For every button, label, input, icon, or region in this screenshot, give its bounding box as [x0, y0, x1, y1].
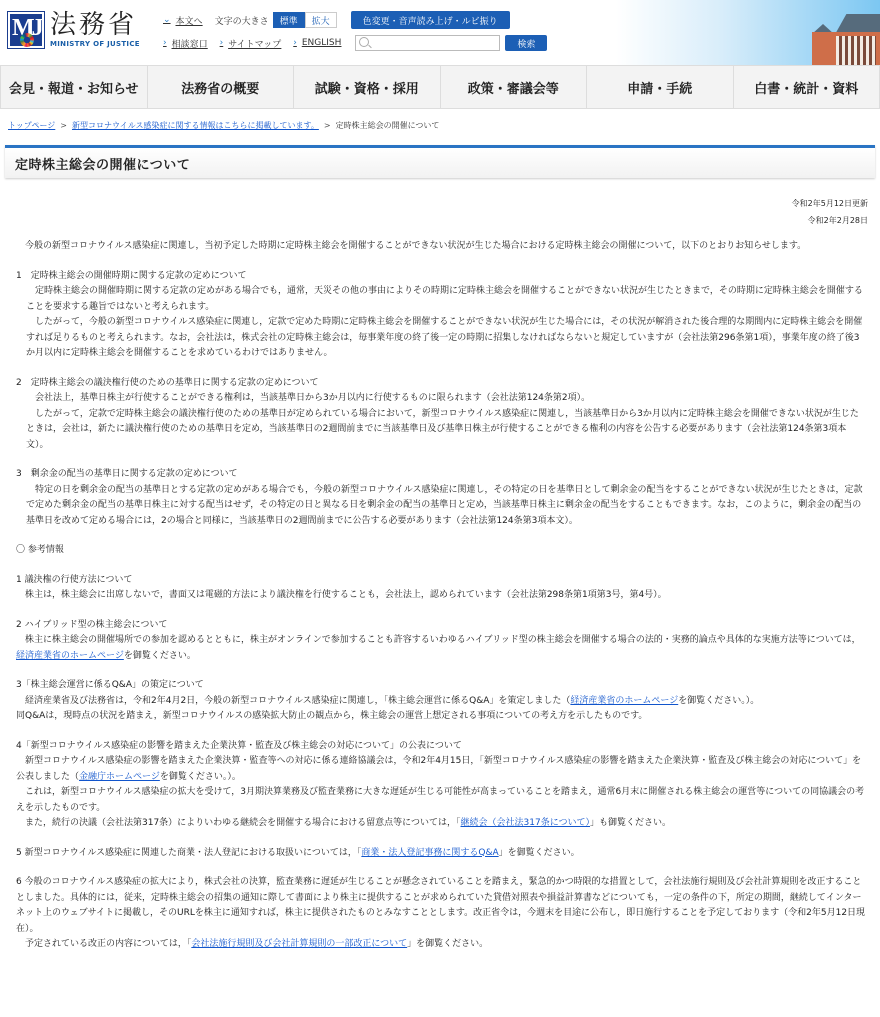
ministry-building-image [810, 10, 880, 65]
search-box [355, 35, 500, 51]
search-button[interactable]: 検索 [505, 35, 547, 51]
chevron-right-icon: › [220, 38, 224, 48]
section-paragraph: したがって，今般の新型コロナウイルス感染症に関連し，定款で定めた時期に定時株主総… [16, 315, 866, 362]
section-paragraph: 定時株主総会の開催時期に関する定款の定めがある場合でも，通常，天災その他の事由に… [16, 284, 866, 315]
nav-whitepapers[interactable]: 白書・統計・資料 [734, 66, 880, 108]
reference-item-body: また，続行の決議（会社法第317条）によりいわゆる継続会を開催する場合における留… [16, 816, 866, 832]
updated-date: 令和2年5月12日更新 [0, 195, 868, 212]
reference-item-body: 経済産業省及び法務省は，令和2年4月2日，今般の新型コロナウイルス感染症に関連し… [16, 694, 866, 710]
chevron-down-icon: ⌄ [163, 15, 171, 25]
section-heading: 3 剰余金の配当の基準日に関する定款の定めについて [16, 467, 866, 483]
skip-to-content-link[interactable]: ⌄ 本文へ [163, 14, 203, 27]
nav-about[interactable]: 法務省の概要 [148, 66, 295, 108]
nav-press[interactable]: 会見・報道・お知らせ [0, 66, 148, 108]
mj-logo-icon: MJ [8, 12, 44, 48]
published-date: 令和2年2月28日 [0, 212, 868, 229]
breadcrumb-home[interactable]: トップページ [8, 120, 55, 131]
page-title-bar: 定時株主総会の開催について [5, 145, 875, 178]
search-icon [359, 37, 369, 47]
english-link[interactable]: › ENGLISH [293, 38, 341, 48]
reference-item-body: 同Q&Aは，現時点の状況を踏まえ，新型コロナウイルスの感染拡大防止の観点から，株… [16, 709, 866, 725]
registration-qa-link[interactable]: 商業・法人登記事務に関するQ&A [361, 848, 498, 858]
intro-paragraph: 今般の新型コロナウイルス感染症に関連し，当初予定した時期に定時株主総会を開催する… [16, 239, 866, 255]
nav-exams[interactable]: 試験・資格・採用 [294, 66, 441, 108]
font-size-large-button[interactable]: 拡大 [305, 12, 337, 28]
site-logo[interactable]: MJ 法務省 MINISTRY OF JUSTICE [8, 11, 140, 48]
continuation-meeting-link[interactable]: 継続会（会社法317条について） [461, 818, 591, 828]
reference-heading: 〇 参考情報 [16, 543, 866, 559]
font-size-label: 文字の大きさ [215, 14, 269, 27]
font-size-standard-button[interactable]: 標準 [273, 12, 305, 28]
reference-item-heading: 3「株主総会運営に係るQ&A」の策定について [16, 678, 866, 694]
section-paragraph: 会社法上，基準日株主が行使することができる権利は，当該基準日から3か月以内に行使… [16, 391, 866, 407]
logo-subtitle: MINISTRY OF JUSTICE [50, 40, 140, 48]
sitemap-link[interactable]: › サイトマップ [220, 37, 282, 50]
breadcrumb: トップページ > 新型コロナウイルス感染症に関する情報はこちらに掲載しています。… [0, 109, 880, 141]
section-heading: 2 定時株主総会の議決権行使のための基準日に関する定款の定めについて [16, 376, 866, 392]
nav-policy[interactable]: 政策・審議会等 [441, 66, 588, 108]
breadcrumb-covid-info[interactable]: 新型コロナウイルス感染症に関する情報はこちらに掲載しています。 [72, 120, 319, 131]
utility-nav: ⌄ 本文へ 文字の大きさ 標準 拡大 色変更・音声読み上げ・ルビ振り › 相談窓… [163, 10, 547, 53]
fsa-homepage-link[interactable]: 金融庁ホームページ [79, 772, 160, 782]
accessibility-button[interactable]: 色変更・音声読み上げ・ルビ振り [351, 11, 510, 29]
breadcrumb-separator: > [60, 121, 67, 130]
page-title: 定時株主総会の開催について [15, 154, 190, 173]
chevron-right-icon: › [163, 38, 167, 48]
global-nav: 会見・報道・お知らせ 法務省の概要 試験・資格・採用 政策・審議会等 申請・手続… [0, 65, 880, 109]
chevron-right-icon: › [293, 38, 297, 48]
reference-item-body: 新型コロナウイルス感染症の影響を踏まえた企業決算・監査等への対応に係る連絡協議会… [16, 754, 866, 785]
page-dates: 令和2年5月12日更新 令和2年2月28日 [0, 195, 880, 229]
reference-item-heading: 1 議決権の行使方法について [16, 573, 866, 589]
breadcrumb-separator: > [324, 121, 331, 130]
reference-item-body: 6 今般のコロナウイルス感染症の拡大により，株式会社の決算，監査業務に遅延が生じ… [16, 875, 866, 937]
meti-qa-link[interactable]: 経済産業省のホームページ [570, 696, 678, 706]
section-paragraph: 特定の日を剰余金の配当の基準日とする定款の定めがある場合でも，今般の新型コロナウ… [16, 483, 866, 530]
reference-item-body: 5 新型コロナウイルス感染症に関連した商業・法人登記における取扱いについては，「… [16, 846, 866, 862]
reference-item-body: 株主は，株主総会に出席しないで，書面又は電磁的方法により議決権を行使することも，… [16, 588, 866, 604]
main-content: 今般の新型コロナウイルス感染症に関連し，当初予定した時期に定時株主総会を開催する… [0, 239, 880, 953]
nav-procedures[interactable]: 申請・手続 [587, 66, 734, 108]
section-paragraph: したがって，定款で定時株主総会の議決権行使のための基準日が定められている場合にお… [16, 407, 866, 454]
reference-item-heading: 2 ハイブリッド型の株主総会について [16, 618, 866, 634]
reference-item-body: 株主に株主総会の開催場所での参加を認めるとともに，株主がオンラインで参加すること… [16, 633, 866, 664]
logo-title: 法務省 [50, 11, 140, 39]
site-header: MJ 法務省 MINISTRY OF JUSTICE ⌄ 本文へ 文字の大きさ … [0, 0, 880, 65]
meti-homepage-link[interactable]: 経済産業省のホームページ [16, 651, 124, 661]
regulation-amendment-link[interactable]: 会社法施行規則及び会社計算規則の一部改正について [191, 939, 407, 949]
reference-item-body: 予定されている改正の内容については，「会社法施行規則及び会社計算規則の一部改正に… [16, 937, 866, 953]
reference-item-body: これは，新型コロナウイルス感染症の拡大を受けて，3月期決算業務及び監査業務に大き… [16, 785, 866, 816]
consultation-link[interactable]: › 相談窓口 [163, 37, 208, 50]
section-heading: 1 定時株主総会の開催時期に関する定款の定めについて [16, 269, 866, 285]
search-input[interactable] [356, 36, 499, 50]
reference-item-heading: 4「新型コロナウイルス感染症の影響を踏まえた企業決算・監査及び株主総会の対応につ… [16, 739, 866, 755]
breadcrumb-current: 定時株主総会の開催について [336, 120, 440, 131]
